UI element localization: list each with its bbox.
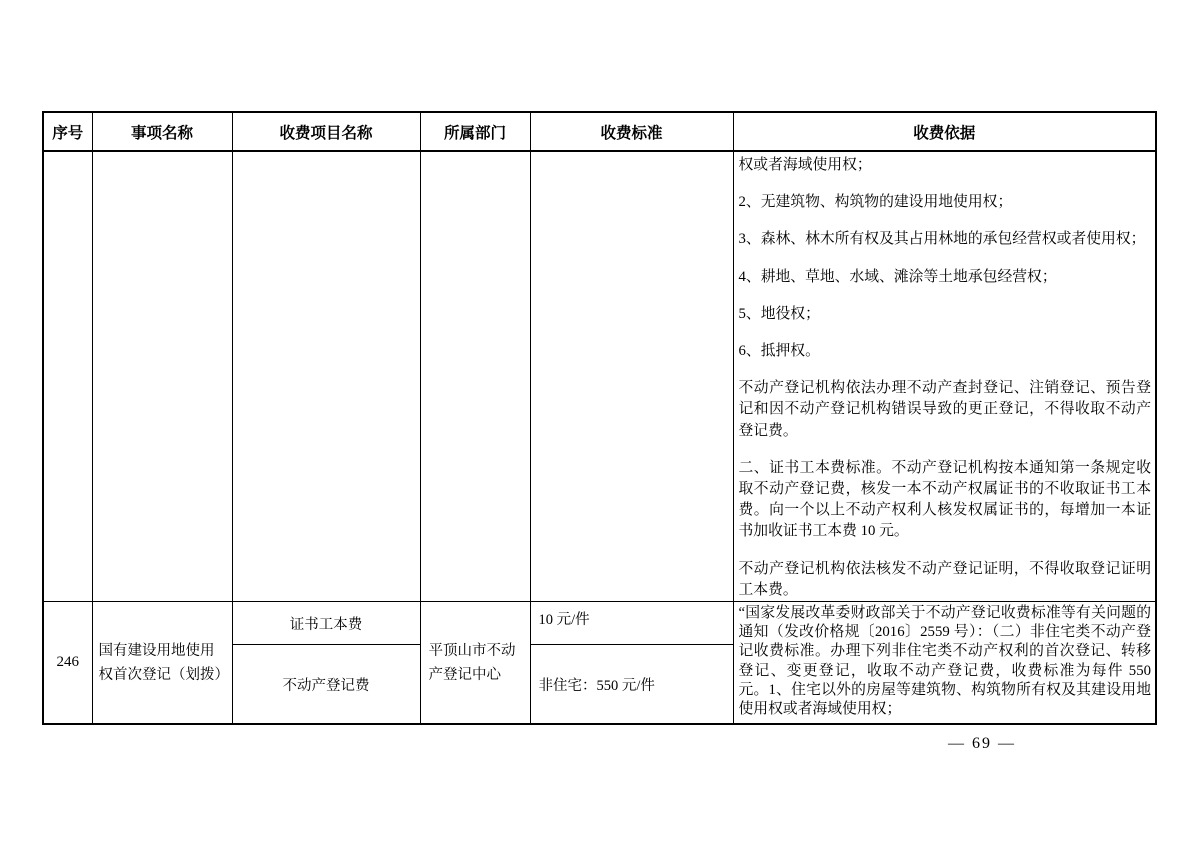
item-name-cell-empty: [92, 151, 232, 602]
basis-paragraph: 4、耕地、草地、水域、滩涂等土地承包经营权；: [739, 267, 1152, 288]
basis-paragraph: 5、地役权；: [739, 304, 1152, 325]
basis-paragraph: 2、无建筑物、构筑物的建设用地使用权；: [739, 192, 1152, 213]
page-number: — 69 —: [948, 735, 1016, 753]
basis-paragraph: 不动产登记机构依法办理不动产查封登记、注销登记、预告登记和因不动产登记机构错误导…: [739, 378, 1152, 442]
fee-item-name-cell: 不动产登记费: [232, 645, 420, 725]
column-header-department: 所属部门: [420, 112, 530, 151]
table-row-246-certificate-fee: 246 国有建设用地使用权首次登记（划拨） 证书工本费 平顶山市不动产登记中心 …: [43, 602, 1156, 645]
column-header-fee-item-name: 收费项目名称: [232, 112, 420, 151]
fee-standard-cell: 非住宅：550 元/件: [530, 645, 733, 725]
fee-schedule-table: 序号 事项名称 收费项目名称 所属部门 收费标准 收费依据 权或者海域使用权； …: [42, 111, 1157, 725]
fee-basis-cell: “国家发展改革委财政部关于不动产登记收费标准等有关问题的通知（发改价格规〔201…: [733, 602, 1156, 725]
department-cell: 平顶山市不动产登记中心: [420, 602, 530, 725]
column-header-fee-basis: 收费依据: [733, 112, 1156, 151]
table-row-continuation: 权或者海域使用权； 2、无建筑物、构筑物的建设用地使用权； 3、森林、林木所有权…: [43, 151, 1156, 602]
serial-number-cell: 246: [43, 602, 92, 725]
basis-paragraph: 不动产登记机构依法核发不动产登记证明，不得收取登记证明工本费。: [739, 559, 1152, 601]
column-header-fee-standard: 收费标准: [530, 112, 733, 151]
item-name-cell: 国有建设用地使用权首次登记（划拨）: [92, 602, 232, 725]
fee-item-name-cell: 证书工本费: [232, 602, 420, 645]
basis-paragraph: 3、森林、林木所有权及其占用林地的承包经营权或者使用权；: [739, 229, 1152, 250]
fee-item-cell-empty: [232, 151, 420, 602]
table-header-row: 序号 事项名称 收费项目名称 所属部门 收费标准 收费依据: [43, 112, 1156, 151]
basis-paragraph: 6、抵押权。: [739, 341, 1152, 362]
fee-standard-cell: 10 元/件: [530, 602, 733, 645]
fee-basis-cell-continuation: 权或者海域使用权； 2、无建筑物、构筑物的建设用地使用权； 3、森林、林木所有权…: [733, 151, 1156, 602]
serial-number-cell-empty: [43, 151, 92, 602]
department-cell-empty: [420, 151, 530, 602]
document-page: 序号 事项名称 收费项目名称 所属部门 收费标准 收费依据 权或者海域使用权； …: [0, 0, 1200, 848]
column-header-item-name: 事项名称: [92, 112, 232, 151]
fee-standard-cell-empty: [530, 151, 733, 602]
basis-paragraph: 二、证书工本费标准。不动产登记机构按本通知第一条规定收取不动产登记费，核发一本不…: [739, 458, 1152, 543]
column-header-serial-number: 序号: [43, 112, 92, 151]
basis-paragraph: 权或者海域使用权；: [739, 155, 1152, 176]
